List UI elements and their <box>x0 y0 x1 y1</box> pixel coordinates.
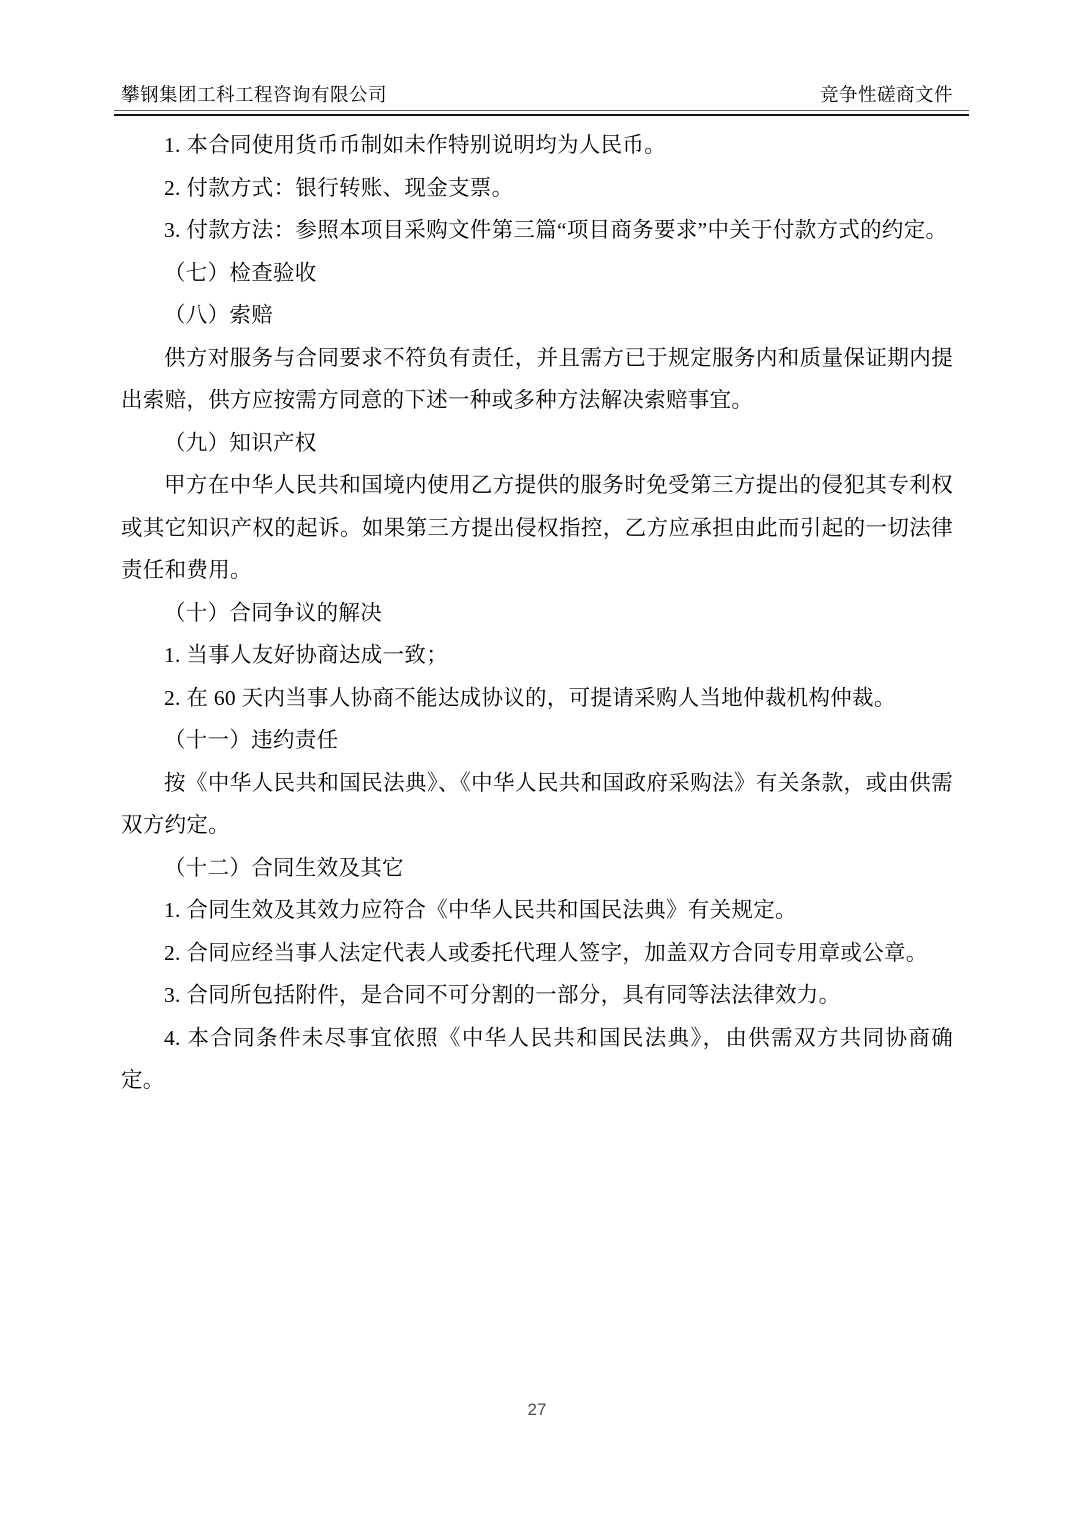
paragraph-effectiveness-item-1: 1. 合同生效及其效力应符合《中华人民共和国民法典》有关规定。 <box>121 889 953 932</box>
paragraph-dispute-item-2: 2. 在 60 天内当事人协商不能达成协议的，可提请采购人当地仲裁机构仲裁。 <box>121 677 953 720</box>
page-header: 攀钢集团工科工程咨询有限公司 竞争性磋商文件 <box>121 84 953 108</box>
page-footer: 27 <box>0 1399 1074 1421</box>
header-doc-type: 竞争性磋商文件 <box>820 84 953 108</box>
document-page: 攀钢集团工科工程咨询有限公司 竞争性磋商文件 1. 本合同使用货币币制如未作特别… <box>0 0 1074 1520</box>
heading-section-9-ip: （九）知识产权 <box>121 422 953 465</box>
heading-section-10-disputes: （十）合同争议的解决 <box>121 592 953 635</box>
document-body: 1. 本合同使用货币币制如未作特别说明均为人民币。 2. 付款方式：银行转账、现… <box>121 124 953 1102</box>
paragraph-claims-body: 供方对服务与合同要求不符负有责任，并且需方已于规定服务内和质量保证期内提出索赔，… <box>121 337 953 422</box>
heading-section-8-claims: （八）索赔 <box>121 294 953 337</box>
paragraph-currency-clause: 1. 本合同使用货币币制如未作特别说明均为人民币。 <box>121 124 953 167</box>
heading-section-7-inspection: （七）检查验收 <box>121 252 953 295</box>
paragraph-breach-body: 按《中华人民共和国民法典》、《中华人民共和国政府采购法》有关条款，或由供需双方约… <box>121 762 953 847</box>
paragraph-effectiveness-item-4: 4. 本合同条件未尽事宜依照《中华人民共和国民法典》，由供需双方共同协商确定。 <box>121 1017 953 1102</box>
paragraph-effectiveness-item-3: 3. 合同所包括附件，是合同不可分割的一部分，具有同等法法律效力。 <box>121 974 953 1017</box>
paragraph-dispute-item-1: 1. 当事人友好协商达成一致； <box>121 634 953 677</box>
paragraph-effectiveness-item-2: 2. 合同应经当事人法定代表人或委托代理人签字，加盖双方合同专用章或公章。 <box>121 932 953 975</box>
header-rule <box>114 110 969 116</box>
paragraph-ip-body: 甲方在中华人民共和国境内使用乙方提供的服务时免受第三方提出的侵犯其专利权或其它知… <box>121 464 953 592</box>
paragraph-payment-method: 2. 付款方式：银行转账、现金支票。 <box>121 167 953 210</box>
page-number: 27 <box>528 1400 547 1419</box>
heading-section-12-effectiveness: （十二）合同生效及其它 <box>121 847 953 890</box>
header-company-name: 攀钢集团工科工程咨询有限公司 <box>121 84 387 108</box>
heading-section-11-breach: （十一）违约责任 <box>121 719 953 762</box>
paragraph-payment-procedure: 3. 付款方法：参照本项目采购文件第三篇“项目商务要求”中关于付款方式的约定。 <box>121 209 953 252</box>
